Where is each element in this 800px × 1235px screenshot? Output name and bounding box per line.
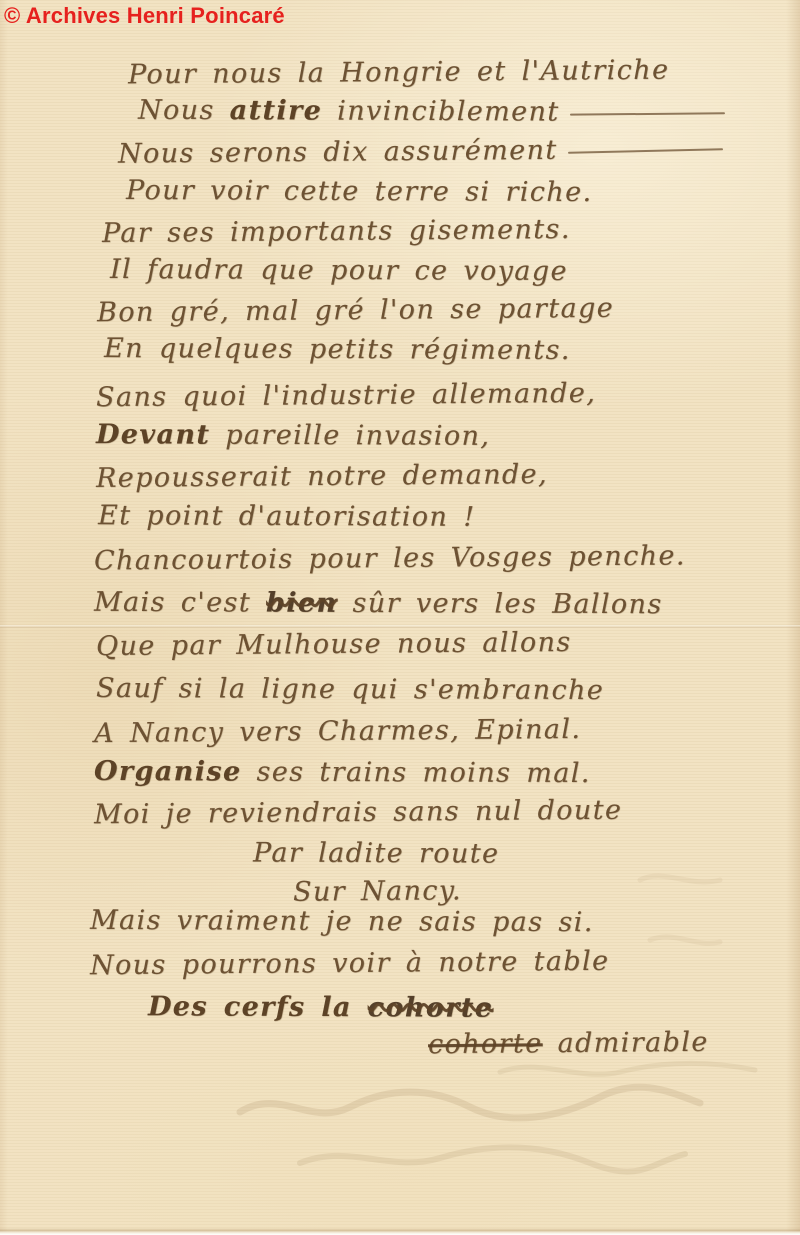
- handwritten-text-segment: Par ladite route: [253, 837, 500, 869]
- handwritten-text-segment: Sur Nancy.: [293, 875, 462, 907]
- handwritten-text-segment: Mais c'est: [94, 587, 266, 619]
- handwritten-text-segment: En quelques petits régiments.: [104, 333, 571, 366]
- handwritten-line: Nous attire invinciblement: [138, 95, 725, 129]
- handwritten-text-segment: Repousserait notre demande,: [96, 459, 548, 494]
- handwritten-text-segment: Mais vraiment je ne sais pas si.: [90, 905, 594, 938]
- handwritten-line: Moi je reviendrais sans nul doute: [94, 795, 623, 831]
- handwritten-line: Sans quoi l'industrie allemande,: [96, 378, 596, 413]
- handwritten-line: Devant pareille invasion,: [96, 419, 490, 452]
- handwritten-line: Sauf si la ligne qui s'embranche: [96, 673, 604, 706]
- handwritten-text-segment: Bon gré, mal gré l'on se partage: [97, 293, 614, 329]
- handwritten-line: En quelques petits régiments.: [104, 333, 571, 366]
- handwritten-text-segment: pareille invasion,: [210, 420, 490, 452]
- pen-flourish-stroke: [568, 148, 723, 154]
- handwritten-line: Sur Nancy.: [293, 875, 462, 907]
- poem-text: Pour nous la Hongrie et l'AutricheNous a…: [0, 0, 800, 1235]
- paper-bottom-edge: [0, 1228, 800, 1235]
- handwritten-line: Par ses importants gisements.: [102, 214, 571, 249]
- handwritten-line: Repousserait notre demande,: [96, 459, 548, 494]
- handwritten-line: Mais vraiment je ne sais pas si.: [90, 905, 594, 938]
- handwritten-line: Et point d'autorisation !: [98, 500, 476, 533]
- handwritten-text-segment: ses trains moins mal.: [242, 757, 591, 790]
- handwritten-text-segment: sûr vers les Ballons: [338, 588, 663, 620]
- handwritten-text-segment: Nous pourrons voir à notre table: [90, 946, 610, 982]
- handwritten-line: Que par Mulhouse nous allons: [96, 627, 572, 662]
- handwritten-line: Des cerfs la cohorte: [148, 991, 494, 1024]
- handwritten-text-segment: Et point d'autorisation !: [98, 500, 476, 533]
- handwritten-text-segment: Devant: [96, 419, 210, 450]
- handwritten-line: Pour voir cette terre si riche.: [126, 175, 593, 208]
- handwritten-line: Il faudra que pour ce voyage: [110, 254, 568, 287]
- handwritten-text-segment: admirable: [542, 1027, 708, 1059]
- handwritten-text-segment: bien: [266, 588, 338, 619]
- handwritten-text-segment: Organise: [94, 756, 242, 788]
- handwritten-line: Pour nous la Hongrie et l'Autriche: [128, 55, 670, 91]
- handwritten-text-segment: Pour voir cette terre si riche.: [126, 175, 593, 208]
- handwritten-text-segment: A Nancy vers Charmes, Epinal.: [94, 714, 582, 749]
- handwritten-text-segment: Des cerfs la: [148, 991, 368, 1023]
- handwritten-line: Chancourtois pour les Vosges penche.: [94, 540, 686, 576]
- handwritten-text-segment: Nous serons dix assurément: [118, 135, 558, 170]
- handwritten-text-segment: Moi je reviendrais sans nul doute: [94, 795, 623, 831]
- handwritten-text-segment: Nous: [138, 95, 230, 126]
- handwritten-line: Nous serons dix assurément: [118, 133, 723, 169]
- handwritten-text-segment: Que par Mulhouse nous allons: [96, 627, 572, 662]
- handwritten-line: cohorte admirable: [428, 1027, 709, 1060]
- handwritten-line: Nous pourrons voir à notre table: [90, 946, 610, 982]
- handwritten-line: Bon gré, mal gré l'on se partage: [97, 293, 614, 329]
- handwritten-line: Par ladite route: [253, 837, 500, 869]
- handwritten-text-segment: invinciblement: [322, 96, 559, 128]
- handwritten-text-segment: Il faudra que pour ce voyage: [110, 254, 568, 287]
- handwritten-text-segment: Sauf si la ligne qui s'embranche: [96, 673, 604, 706]
- handwritten-text-segment: Pour nous la Hongrie et l'Autriche: [128, 55, 670, 91]
- handwritten-line: A Nancy vers Charmes, Epinal.: [94, 714, 582, 749]
- handwritten-text-segment: Sans quoi l'industrie allemande,: [96, 378, 596, 413]
- pen-flourish-stroke: [570, 112, 725, 115]
- handwritten-text-segment: Par ses importants gisements.: [102, 214, 571, 249]
- handwritten-text-segment: cohorte: [368, 992, 494, 1024]
- handwritten-text-segment: Chancourtois pour les Vosges penche.: [94, 540, 686, 576]
- handwritten-text-segment: cohorte: [428, 1028, 543, 1060]
- scanned-letter-page: © Archives Henri Poincaré Pour nous la H…: [0, 0, 800, 1235]
- handwritten-text-segment: attire: [230, 95, 323, 126]
- handwritten-line: Mais c'est bien sûr vers les Ballons: [94, 587, 663, 620]
- handwritten-line: Organise ses trains moins mal.: [94, 756, 591, 789]
